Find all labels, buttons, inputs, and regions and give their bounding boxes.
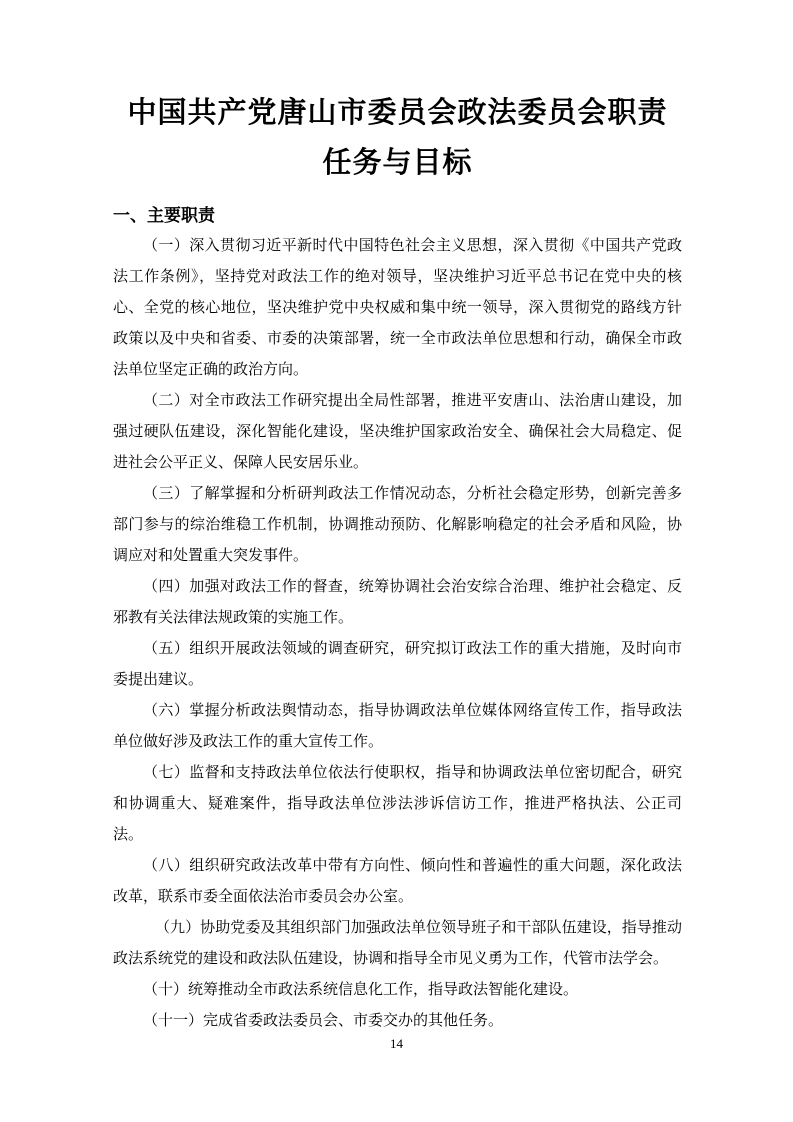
body-paragraph: （四）加强对政法工作的督查，统筹协调社会治安综合治理、维护社会稳定、反邪教有关法… xyxy=(113,572,682,634)
body-paragraph: （一）深入贯彻习近平新时代中国特色社会主义思想，深入贯彻《中国共产党政法工作条例… xyxy=(113,231,682,386)
body-paragraph: （十）统筹推动全市政法系统信息化工作，指导政法智能化建设。 xyxy=(113,975,682,1006)
body-paragraph: （八）组织研究政法改革中带有方向性、倾向性和普遍性的重大问题，深化政法改革，联系… xyxy=(113,851,682,913)
document-title: 中国共产党唐山市委员会政法委员会职责任务与目标 xyxy=(113,88,682,188)
section-heading: 一、主要职责 xyxy=(113,200,682,231)
body-paragraph: （五）组织开展政法领域的调查研究，研究拟订政法工作的重大措施，及时向市委提出建议… xyxy=(113,634,682,696)
title-line: 中国共产党唐山市委员会政法委员会职责 xyxy=(113,88,682,138)
body-paragraph: （十一）完成省委政法委员会、市委交办的其他任务。 xyxy=(113,1006,682,1037)
body-paragraph: （二）对全市政法工作研究提出全局性部署，推进平安唐山、法治唐山建设，加强过硬队伍… xyxy=(113,386,682,479)
title-line: 任务与目标 xyxy=(113,138,682,188)
document-page: 中国共产党唐山市委员会政法委员会职责任务与目标 一、主要职责 （一）深入贯彻习近… xyxy=(0,0,793,1122)
page-number: 14 xyxy=(0,1036,793,1052)
paragraphs-container: （一）深入贯彻习近平新时代中国特色社会主义思想，深入贯彻《中国共产党政法工作条例… xyxy=(113,231,682,1037)
body-paragraph: （三）了解掌握和分析研判政法工作情况动态，分析社会稳定形势，创新完善多部门参与的… xyxy=(113,479,682,572)
body-paragraph: （九）协助党委及其组织部门加强政法单位领导班子和干部队伍建设，指导推动政法系统党… xyxy=(113,913,682,975)
body-paragraph: （七）监督和支持政法单位依法行使职权，指导和协调政法单位密切配合，研究和协调重大… xyxy=(113,758,682,851)
body-paragraph: （六）掌握分析政法舆情动态，指导协调政法单位媒体网络宣传工作，指导政法单位做好涉… xyxy=(113,696,682,758)
